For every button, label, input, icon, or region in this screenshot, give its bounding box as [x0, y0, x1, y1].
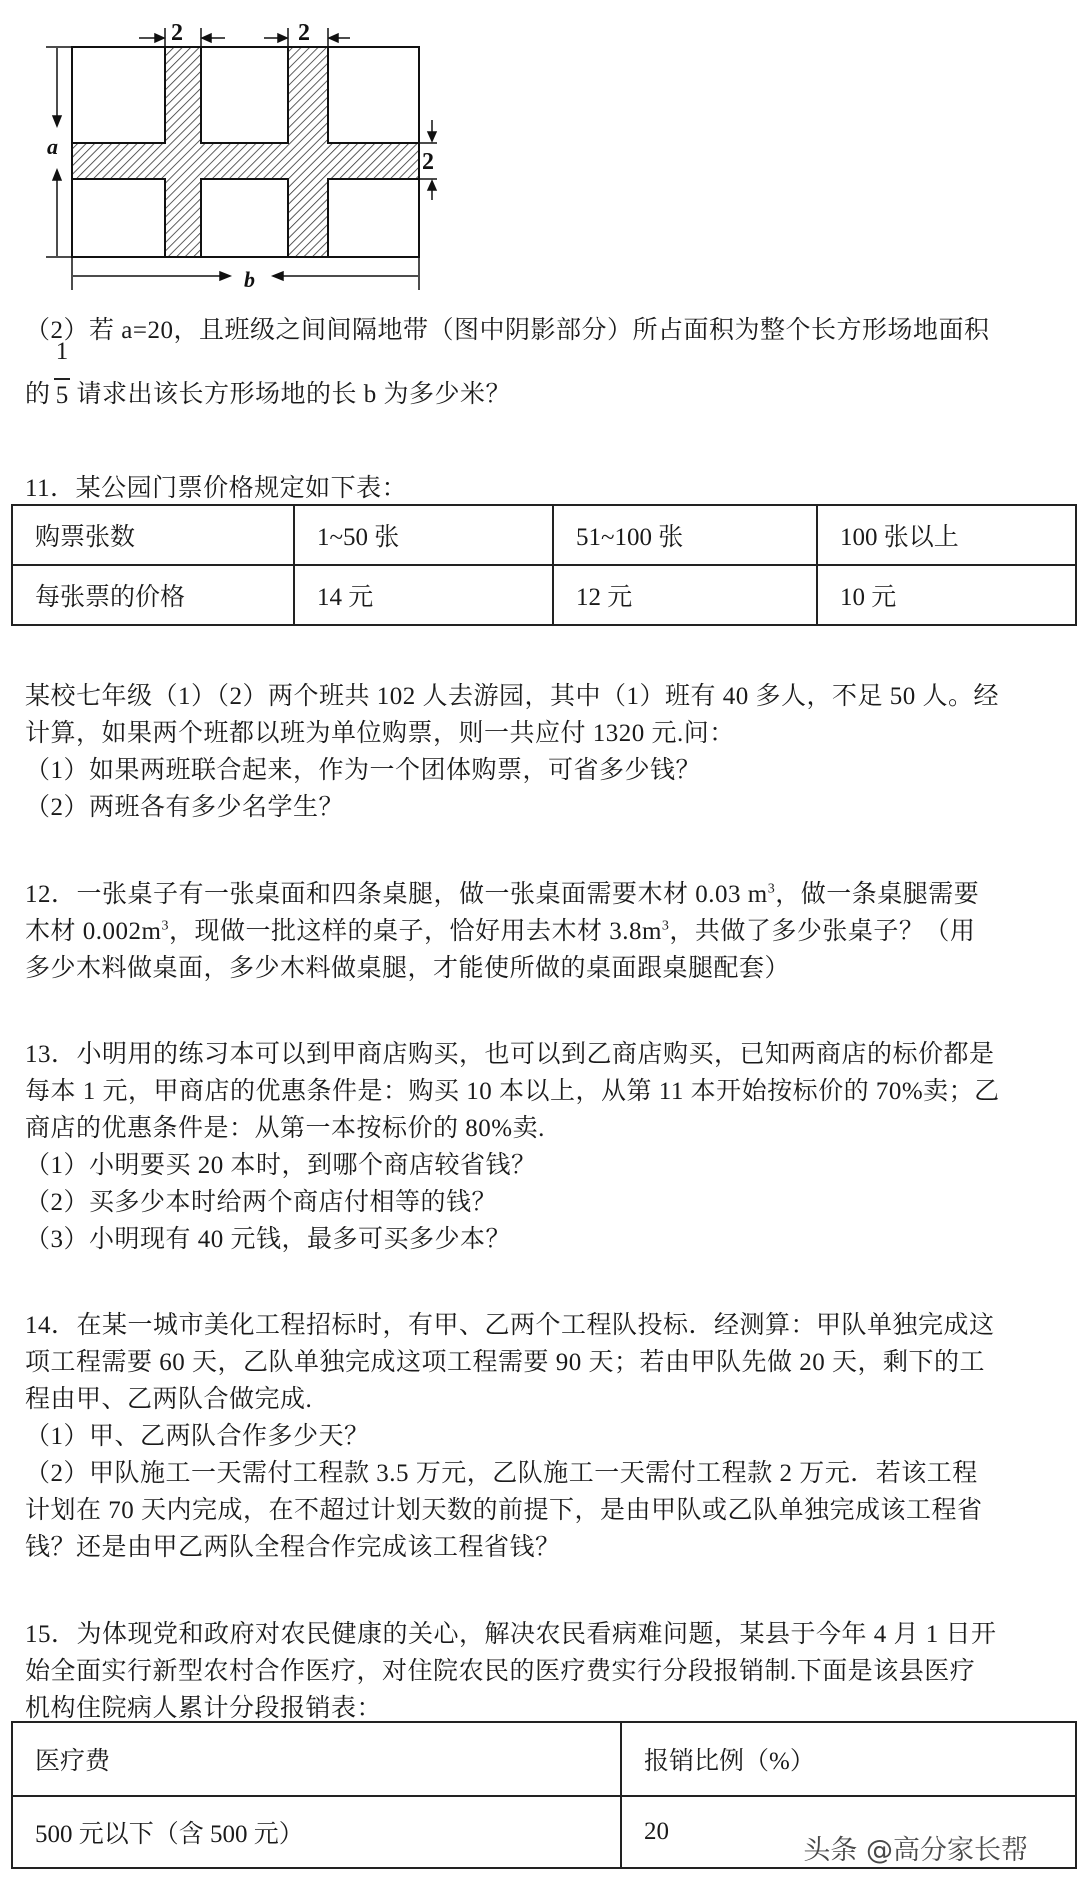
q11-sub2: （2）两班各有多少名学生？ [25, 787, 344, 823]
q10-part2-prefix: 的 [25, 381, 51, 408]
q13-sub1: （1）小明要买 20 本时，到哪个商店较省钱？ [25, 1145, 537, 1181]
q13-line1: 13．小明用的练习本可以到甲商店购买，也可以到乙商店购买，已知两商店的标价都是 [25, 1034, 995, 1070]
q11-title: 11．某公园门票价格规定如下表： [25, 468, 407, 504]
height-a-label: a [47, 134, 58, 159]
fraction-bar [54, 378, 70, 380]
q14-sub2-line2: 计划在 70 天内完成，在不超过计划天数的前提下，是由甲队或乙队单独完成该工程省 [25, 1490, 983, 1526]
table-cell: 医疗费 [12, 1722, 621, 1796]
exponent: 3 [161, 919, 169, 934]
q14-sub2-line3: 钱？还是由甲乙两队全程合作完成该工程省钱？ [25, 1527, 561, 1563]
q14-line3: 程由甲、乙两队合做完成. [25, 1379, 312, 1415]
table-cell: 每张票的价格 [12, 565, 294, 625]
q12-line1-b: ，做一条桌腿需要 [775, 881, 979, 908]
table-cell: 10 元 [817, 565, 1076, 625]
ticket-price-table: 购票张数 1~50 张 51~100 张 100 张以上 每张票的价格 14 元… [11, 504, 1077, 626]
q11-body-line1: 某校七年级（1）（2）两个班共 102 人去游园，其中（1）班有 40 多人，不… [25, 676, 999, 712]
q13-sub2: （2）买多少本时给两个商店付相等的钱？ [25, 1182, 497, 1218]
top-right-width-label: 2 [298, 20, 310, 46]
table-cell: 14 元 [294, 565, 553, 625]
right-height-label: 2 [422, 149, 434, 175]
watermark: 头条 @高分家长帮 [803, 1828, 1028, 1867]
q15-line3: 机构住院病人累计分段报销表： [25, 1688, 382, 1724]
table-cell: 购票张数 [12, 505, 294, 565]
q12-line1-a: 12．一张桌子有一张桌面和四条桌腿，做一张桌面需要木材 0.03 m [25, 881, 768, 908]
q12-line2-c: ，共做了多少张桌子？（用 [669, 918, 975, 945]
q12-line2: 木材 0.002m3，现做一批这样的桌子，恰好用去木材 3.8m3，共做了多少张… [25, 911, 975, 947]
table-cell: 100 张以上 [817, 505, 1076, 565]
q12-line2-b: ，现做一批这样的桌子，恰好用去木材 3.8m [169, 918, 662, 945]
q12-line2-a: 木材 0.002m [25, 918, 161, 945]
horizontal-strip [72, 143, 419, 179]
fraction-denominator: 5 [52, 382, 72, 410]
q13-line2: 每本 1 元，甲商店的优惠条件是：购买 10 本以上，从第 11 本开始按标价的… [25, 1071, 1000, 1107]
q11-sub1: （1）如果两班联合起来，作为一个团体购票，可省多少钱？ [25, 750, 701, 786]
fraction-numerator: 1 [52, 338, 72, 366]
width-b-label: b [244, 267, 255, 292]
q10-part2-line2: 的请求出该长方形场地的长 b 为多少米？ [25, 374, 511, 410]
table-cell: 51~100 张 [553, 505, 817, 565]
table-cell: 500 元以下（含 500 元） [12, 1796, 621, 1868]
q10-part2-line1: （2）若 a=20，且班级之间间隔地带（图中阴影部分）所占面积为整个长方形场地面… [25, 310, 989, 346]
q15-line2: 始全面实行新型农村合作医疗，对住院农民的医疗费实行分段报销制.下面是该县医疗 [25, 1651, 975, 1687]
q14-sub1: （1）甲、乙两队合作多少天？ [25, 1416, 370, 1452]
table-row: 医疗费 报销比例（%） [12, 1722, 1076, 1796]
table-cell: 1~50 张 [294, 505, 553, 565]
table-row: 每张票的价格 14 元 12 元 10 元 [12, 565, 1076, 625]
table-cell: 12 元 [553, 565, 817, 625]
q15-line1: 15．为体现党和政府对农民健康的关心，解决农民看病难问题，某县于今年 4 月 1… [25, 1614, 997, 1650]
q12-line1: 12．一张桌子有一张桌面和四条桌腿，做一张桌面需要木材 0.03 m3，做一条桌… [25, 874, 979, 910]
q11-body-line2: 计算，如果两个班都以班为单位购票，则一共应付 1320 元.问： [25, 713, 735, 749]
q14-line2: 项工程需要 60 天，乙队单独完成这项工程需要 90 天；若由甲队先做 20 天… [25, 1342, 985, 1378]
top-left-width-label: 2 [171, 20, 183, 46]
table-cell: 报销比例（%） [621, 1722, 1076, 1796]
q13-sub3: （3）小明现有 40 元钱，最多可买多少本？ [25, 1219, 511, 1255]
table-row: 购票张数 1~50 张 51~100 张 100 张以上 [12, 505, 1076, 565]
q10-part2-suffix: 请求出该长方形场地的长 b 为多少米？ [77, 381, 512, 408]
q14-sub2-line1: （2）甲队施工一天需付工程款 3.5 万元，乙队施工一天需付工程款 2 万元．若… [25, 1453, 978, 1489]
field-diagram: 2 2 2 a b [0, 0, 460, 300]
q14-line1: 14．在某一城市美化工程招标时，有甲、乙两个工程队投标．经测算：甲队单独完成这 [25, 1305, 995, 1341]
q13-line3: 商店的优惠条件是：从第一本按标价的 80%卖. [25, 1108, 545, 1144]
q12-line3: 多少木料做桌面，多少木料做桌腿，才能使所做的桌面跟桌腿配套） [25, 948, 790, 984]
